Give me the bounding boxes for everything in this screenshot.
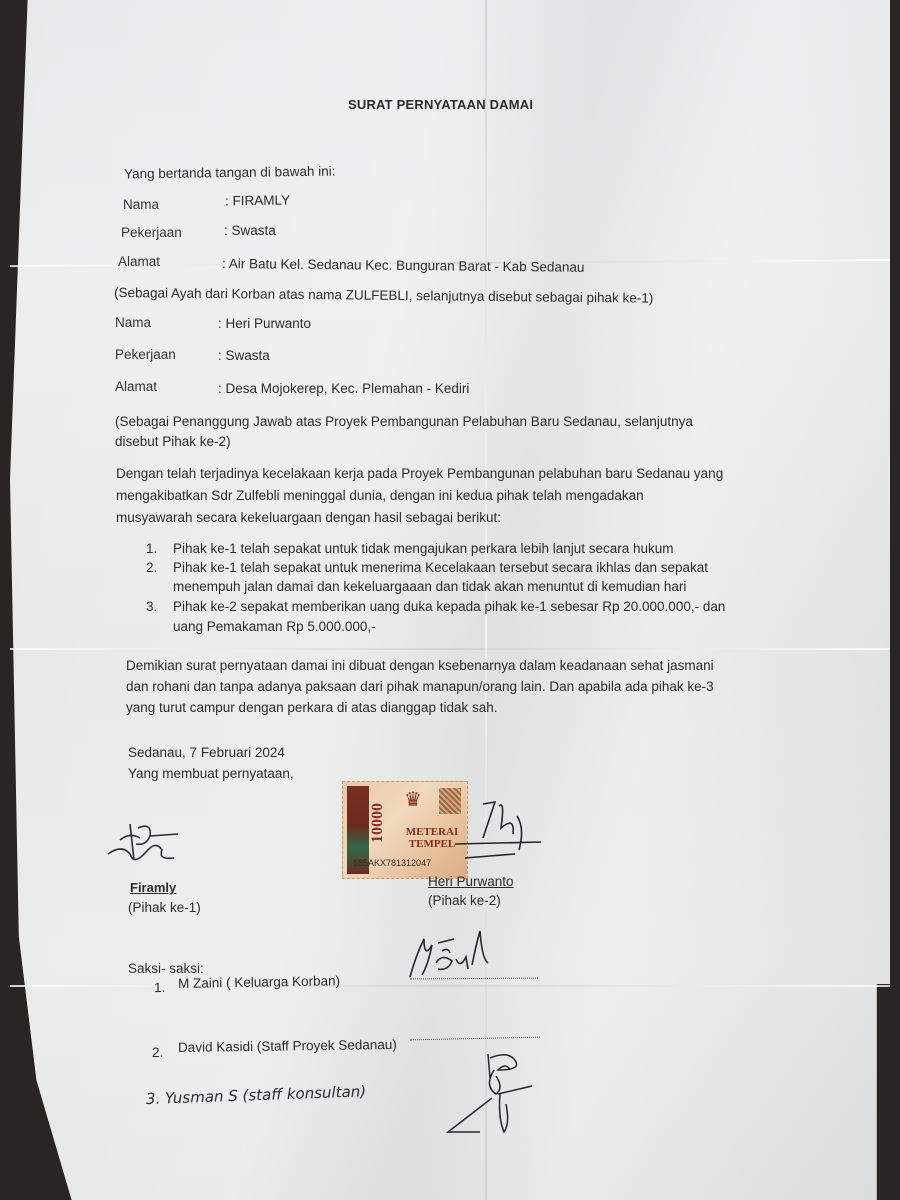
place-date: Sedanau, 7 Februari 2024 [128, 745, 285, 760]
stamp-label: METERAI TEMPEL [401, 826, 463, 850]
witnesses-label: Saksi- saksi: [128, 961, 204, 976]
agreement-3-line-1: Pihak ke-2 sepakat memberikan uang duka … [173, 599, 725, 614]
agreement-1-number: 1. [146, 541, 157, 556]
garuda-emblem-icon: ♛ [401, 788, 425, 812]
signatory-2-role: (Pihak ke-2) [428, 893, 501, 908]
party1-name-label: Nama [123, 197, 159, 212]
party1-job-label: Pekerjaan [121, 225, 182, 240]
witness-1-text: M Zaini ( Keluarga Korban) [178, 973, 340, 991]
paper-fold-line [10, 985, 890, 987]
body-line-1: Dengan telah terjadinya kecelakaan kerja… [116, 466, 723, 481]
party2-address-label: Alamat [115, 379, 157, 394]
party2-name-label: Nama [115, 315, 151, 330]
stamp-label-line2: TEMPEL [401, 838, 463, 850]
closing-line-3: yang turut campur dengan perkara di atas… [126, 700, 498, 715]
document-title: SURAT PERNYATAAN DAMAI [348, 97, 533, 112]
witness-1-number: 1. [154, 980, 166, 995]
witness-3-number: 3. [146, 1090, 161, 1108]
party2-role-note-line1: (Sebagai Penanggung Jawab atas Proyek Pe… [115, 414, 693, 429]
closing-line-1: Demikian surat pernyataan damai ini dibu… [126, 658, 714, 673]
party1-name-value: : FIRAMLY [225, 193, 290, 209]
party2-job-value: : Swasta [218, 348, 270, 363]
agreement-2-line-2: menempuh jalan damai dan kekeluargaaan d… [173, 579, 686, 594]
signatory-1-name: Firamly [130, 880, 176, 895]
body-line-3: musyawarah secara kekeluargaan dengan ha… [116, 510, 501, 525]
stamp-value: 10000 [369, 788, 393, 858]
stamp-label-line1: METERAI [401, 826, 463, 838]
body-line-2: mengakibatkan Sdr Zulfebli meninggal dun… [116, 488, 644, 503]
signatory-1-role: (Pihak ke-1) [128, 900, 201, 915]
paper-fold-line [10, 648, 890, 650]
agreement-3-line-2: uang Pemakaman Rp 5.000.000,- [173, 619, 376, 634]
witness-2-number: 2. [152, 1045, 163, 1060]
stamp-serial: 685AKX781312047 [353, 858, 431, 868]
party1-job-value: : Swasta [224, 223, 276, 238]
agreement-2-number: 2. [146, 560, 157, 575]
agreement-1-line-1: Pihak ke-1 telah sepakat untuk tidak men… [173, 541, 674, 556]
signature-yusman-icon [440, 1048, 540, 1138]
maker-label: Yang membuat pernyataan, [128, 766, 294, 781]
party2-address-value: : Desa Mojokerep, Kec. Plemahan - Kediri [218, 381, 469, 396]
intro-text: Yang bertanda tangan di bawah ini: [124, 164, 336, 182]
party2-role-note-line2: disebut Pihak ke-2) [115, 434, 231, 449]
signature-heri-icon [455, 798, 555, 878]
party2-name-value: : Heri Purwanto [218, 316, 311, 331]
signature-zaini-icon [402, 925, 502, 985]
agreement-3-number: 3. [146, 599, 157, 614]
party1-address-label: Alamat [118, 254, 160, 269]
signatory-2-name: Heri Purwanto [428, 874, 514, 889]
signature-firamly-icon [100, 810, 190, 880]
agreement-2-line-1: Pihak ke-1 telah sepakat untuk menerima … [173, 560, 708, 575]
witness-2-text: David Kasidi (Staff Proyek Sedanau) [178, 1037, 397, 1055]
party2-job-label: Pekerjaan [115, 347, 176, 362]
meterai-stamp: 10000 ♛ METERAI TEMPEL 685AKX781312047 [342, 781, 468, 879]
closing-line-2: dan rohani dan tanpa adanya paksaan dari… [126, 679, 714, 694]
